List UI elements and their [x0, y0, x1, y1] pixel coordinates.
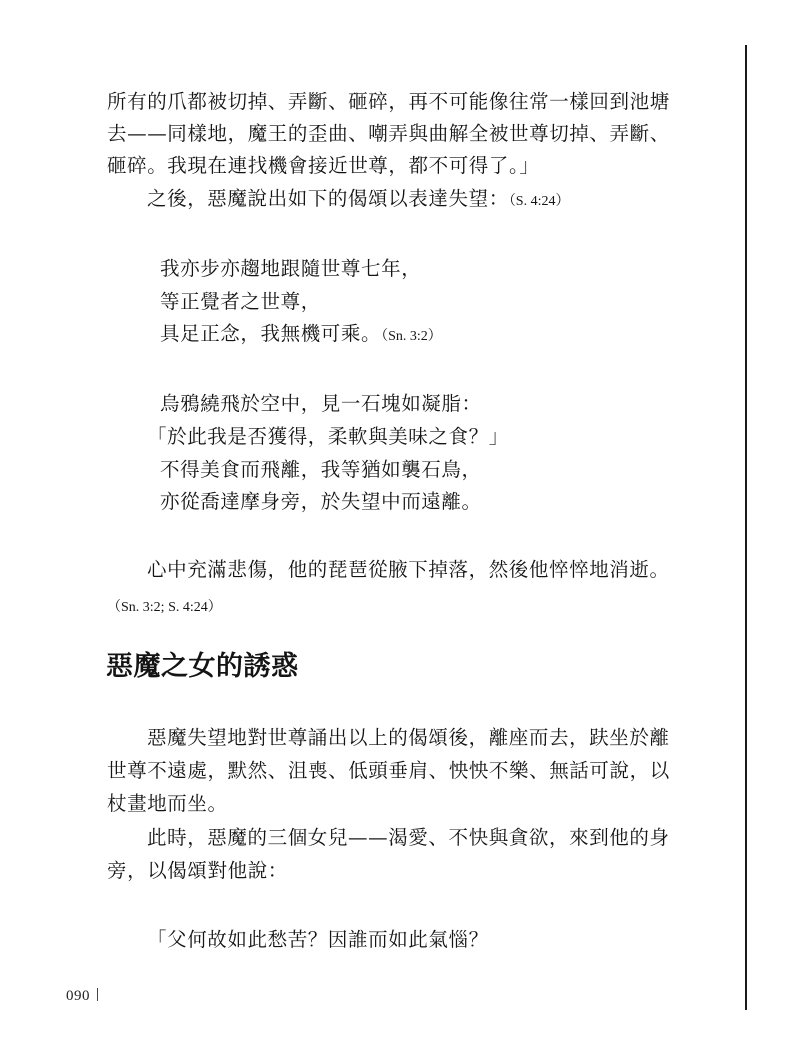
citation: （Sn. 3:2; S. 4:24）: [107, 596, 222, 620]
body-text-line: 惡魔失望地對世尊誦出以上的偈頌後，離座而去，趺坐於離: [147, 726, 670, 750]
page-number-text: 090: [66, 988, 90, 1004]
body-text-line: 此時，惡魔的三個女兒——渴愛、不快與貪欲，來到他的身: [147, 826, 670, 850]
body-text: 之後，惡魔說出如下的偈頌以表達失望：: [147, 187, 509, 210]
verse-line: 我亦步亦趨地跟隨世尊七年，: [160, 257, 421, 281]
verse-line: 等正覺者之世尊，: [160, 290, 321, 314]
verse-text: 具足正念，我無機可乘。: [160, 322, 381, 345]
verse-line: 不得美食而飛離，我等猶如襲石鳥，: [160, 458, 482, 482]
page-margin-rule: [745, 45, 747, 1010]
body-text-line: 世尊不遠處，默然、沮喪、低頭垂肩、怏怏不樂、無話可說，以: [107, 759, 670, 783]
body-text-line: 砸碎。我現在連找機會接近世尊，都不可得了。」: [107, 154, 539, 178]
verse-line: 亦從喬達摩身旁，於失望中而遠離。: [160, 490, 482, 514]
folio-divider: [97, 988, 98, 1001]
verse-line: 烏鴉繞飛於空中，見一石塊如凝脂：: [160, 392, 482, 416]
body-text-line: 心中充滿悲傷，他的琵琶從腋下掉落，然後他悴悴地消逝。: [147, 558, 670, 582]
verse-line: 具足正念，我無機可乘。（Sn. 3:2）: [160, 322, 442, 349]
body-text-line: 去——同樣地，魔王的歪曲、嘲弄與曲解全被世尊切掉、弄斷、: [107, 122, 670, 146]
body-text-line: 之後，惡魔說出如下的偈頌以表達失望：（S. 4:24）: [147, 187, 570, 214]
citation: （Sn. 3:2）: [381, 329, 442, 344]
verse-line: 「父何故如此愁苦？因誰而如此氣惱？: [147, 928, 489, 952]
verse-line: 「於此我是否獲得，柔軟與美味之食？」: [147, 425, 509, 449]
body-text-line: 所有的爪都被切掉、弄斷、砸碎，再不可能像往常一樣回到池塘: [107, 90, 670, 114]
section-heading: 惡魔之女的誘惑: [106, 651, 299, 683]
citation: （S. 4:24）: [509, 194, 570, 209]
body-text-line: 旁，以偈頌對他說：: [107, 859, 288, 883]
page-number: 090: [66, 988, 98, 1005]
body-text-line: 杖畫地而坐。: [107, 792, 228, 816]
